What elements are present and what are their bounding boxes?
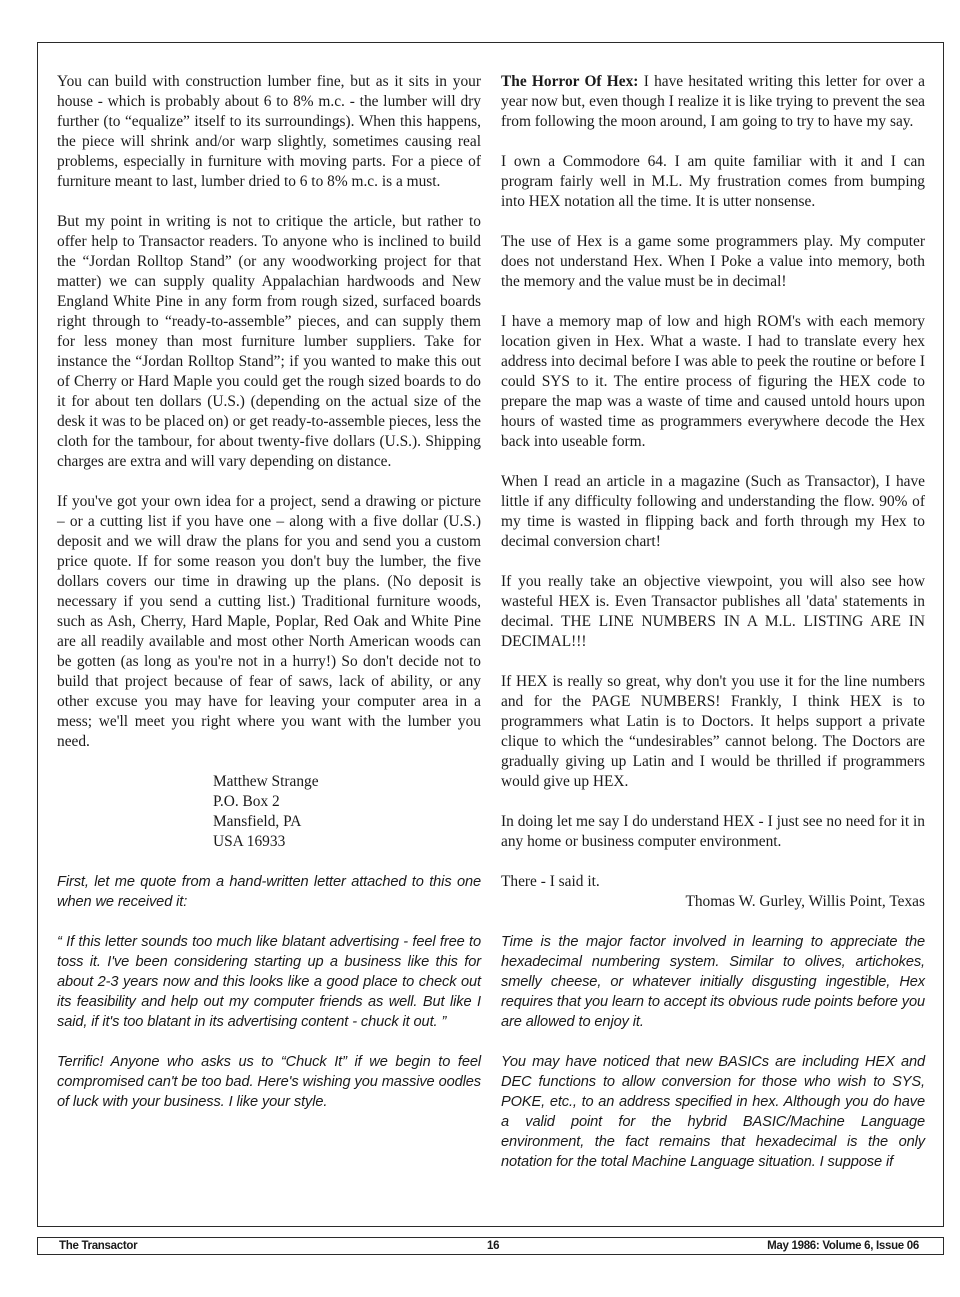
editor-response-paragraph: You may have noticed that new BASICs are… [501, 1052, 925, 1172]
sender-name: Matthew Strange [213, 772, 481, 792]
letter-paragraph: When I read an article in a magazine (Su… [501, 472, 925, 552]
letter-paragraph: In doing let me say I do understand HEX … [501, 812, 925, 852]
letter-paragraph: If you've got your own idea for a projec… [57, 492, 481, 752]
letter-signature: Thomas W. Gurley, Willis Point, Texas [501, 892, 925, 912]
letter-paragraph: I own a Commodore 64. I am quite familia… [501, 152, 925, 212]
letter-paragraph: I have a memory map of low and high ROM'… [501, 312, 925, 452]
right-column: The Horror Of Hex: I have hesitated writ… [501, 72, 925, 1192]
quoted-letter-paragraph: “ If this letter sounds too much like bl… [57, 932, 481, 1032]
issue-info: May 1986: Volume 6, Issue 06 [767, 1239, 919, 1253]
letter-paragraph: If you really take an objective viewpoin… [501, 572, 925, 652]
letter-paragraph: You can build with construction lumber f… [57, 72, 481, 192]
editor-response-paragraph: First, let me quote from a hand-written … [57, 872, 481, 912]
letter-paragraph: But my point in writing is not to critiq… [57, 212, 481, 472]
page-footer: The Transactor 16 May 1986: Volume 6, Is… [37, 1237, 944, 1255]
editor-response-paragraph: Terrific! Anyone who asks us to “Chuck I… [57, 1052, 481, 1112]
letter-paragraph: The use of Hex is a game some programmer… [501, 232, 925, 292]
publication-name: The Transactor [59, 1239, 137, 1253]
letter-paragraph: The Horror Of Hex: I have hesitated writ… [501, 72, 925, 132]
closing-line: There - I said it. [501, 872, 925, 892]
sender-po-box: P.O. Box 2 [213, 792, 481, 812]
left-column: You can build with construction lumber f… [57, 72, 481, 1132]
sender-city: Mansfield, PA [213, 812, 481, 832]
page-number: 16 [487, 1239, 499, 1253]
sender-address: Matthew Strange P.O. Box 2 Mansfield, PA… [213, 772, 481, 852]
letter-paragraph: If HEX is really so great, why don't you… [501, 672, 925, 792]
sender-zip: USA 16933 [213, 832, 481, 852]
letter-title: The Horror Of Hex: [501, 73, 638, 90]
editor-response-paragraph: Time is the major factor involved in lea… [501, 932, 925, 1032]
